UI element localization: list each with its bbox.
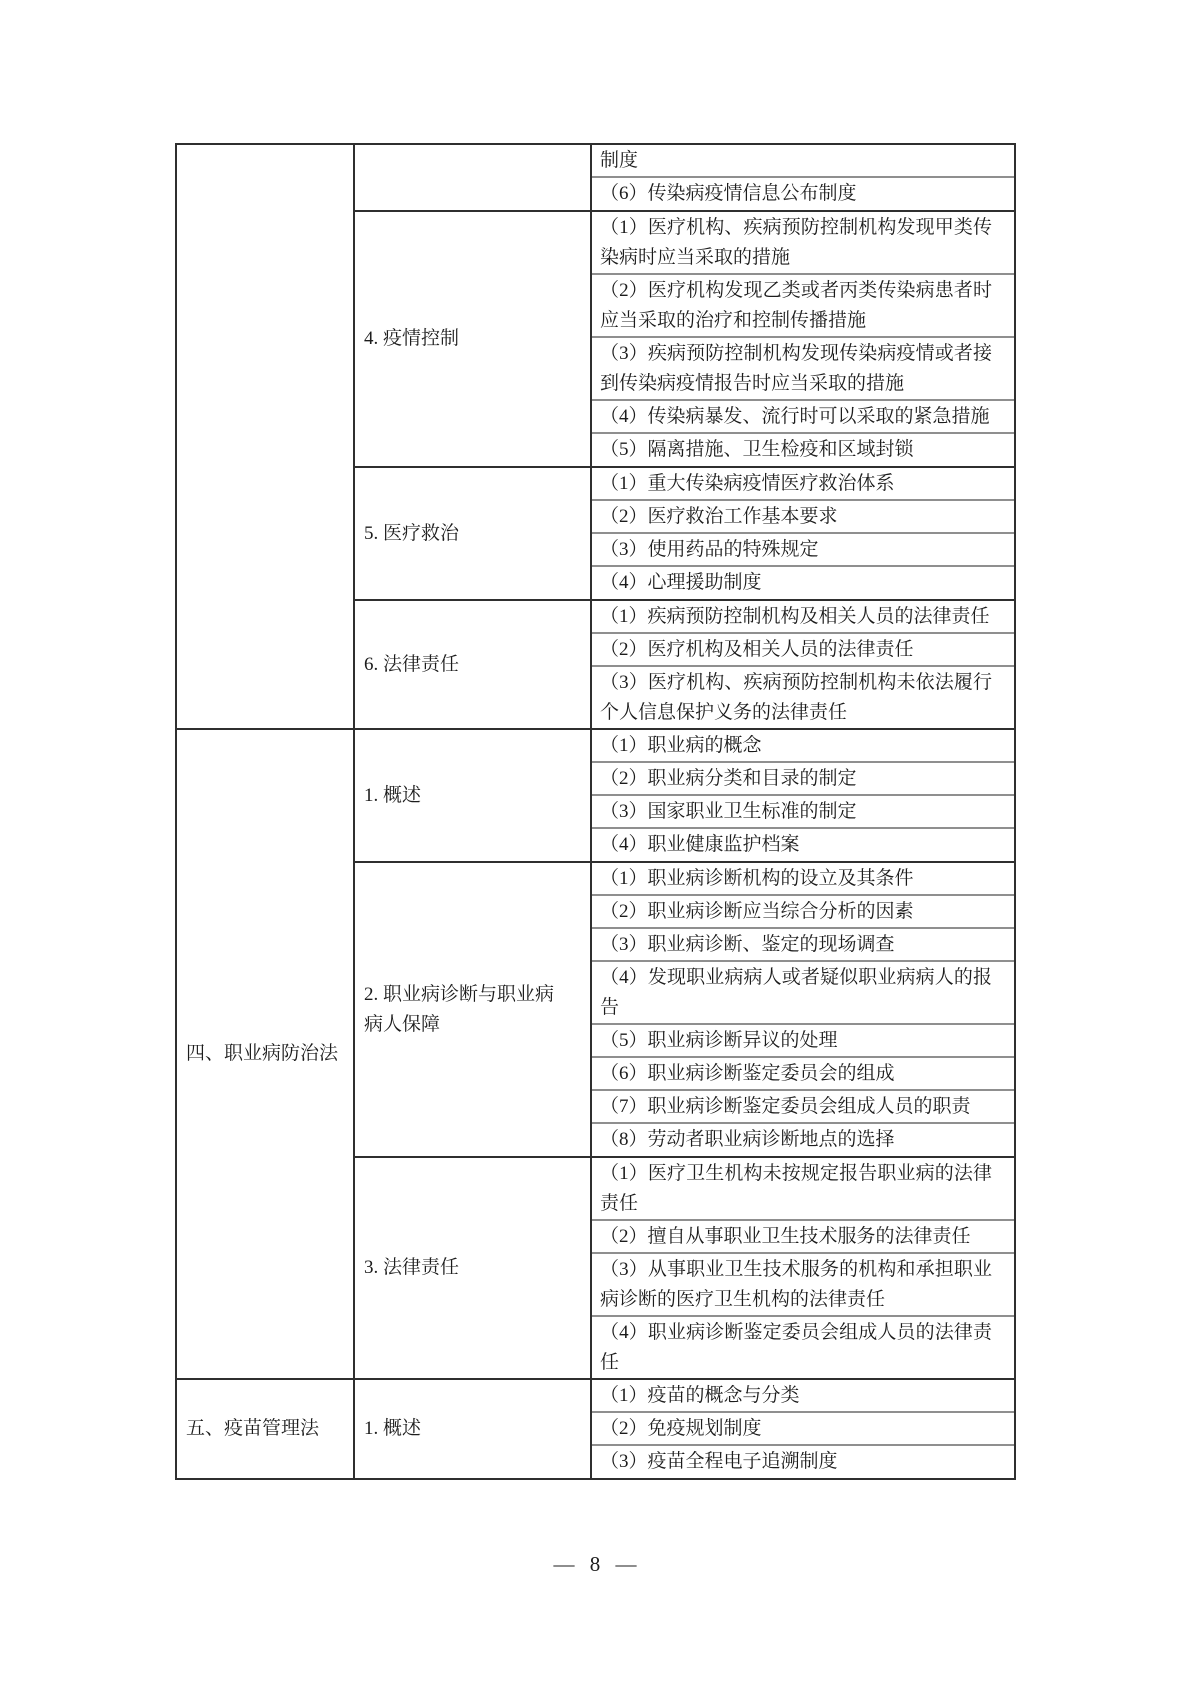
subsection-label: 5. 医疗救治: [364, 519, 459, 549]
subsection-label: 1. 概述: [364, 781, 421, 811]
detail-cell: （3）使用药品的特殊规定: [592, 534, 1014, 567]
detail-text: （4）职业病诊断鉴定委员会组成人员的法律责任: [600, 1322, 992, 1373]
detail-text: （4）职业健康监护档案: [600, 834, 800, 855]
detail-cell: （1）疫苗的概念与分类: [592, 1380, 1014, 1413]
detail-list: （1）医疗卫生机构未按规定报告职业病的法律责任（2）擅自从事职业卫生技术服务的法…: [592, 1158, 1014, 1378]
detail-cell: （3）职业病诊断、鉴定的现场调查: [592, 929, 1014, 962]
detail-list: （1）职业病的概念（2）职业病分类和目录的制定（3）国家职业卫生标准的制定（4）…: [592, 730, 1014, 861]
subsection-label: 6. 法律责任: [364, 650, 459, 680]
subsection-label: 3. 法律责任: [364, 1253, 459, 1283]
subsection-label-cell: 2. 职业病诊断与职业病病人保障: [355, 863, 592, 1156]
detail-cell: （2）职业病诊断应当综合分析的因素: [592, 896, 1014, 929]
detail-text: （3）从事职业卫生技术服务的机构和承担职业病诊断的医疗卫生机构的法律责任: [600, 1259, 992, 1310]
detail-cell: （3）疫苗全程电子追溯制度: [592, 1446, 1014, 1478]
subsection-label: 4. 疫情控制: [364, 324, 459, 354]
detail-cell: （4）职业健康监护档案: [592, 829, 1014, 861]
subsection-label-cell: [355, 145, 592, 210]
detail-cell: （1）疾病预防控制机构及相关人员的法律责任: [592, 601, 1014, 634]
detail-cell: （2）擅自从事职业卫生技术服务的法律责任: [592, 1221, 1014, 1254]
detail-cell: （2）免疫规划制度: [592, 1413, 1014, 1446]
detail-list: （1）疫苗的概念与分类（2）免疫规划制度（3）疫苗全程电子追溯制度: [592, 1380, 1014, 1478]
detail-cell: （2）医疗救治工作基本要求: [592, 501, 1014, 534]
detail-cell: （2）职业病分类和目录的制定: [592, 763, 1014, 796]
subsection-label: 2. 职业病诊断与职业病病人保障: [364, 980, 569, 1040]
subsection-label-cell: 6. 法律责任: [355, 601, 592, 728]
detail-text: （2）职业病诊断应当综合分析的因素: [600, 901, 914, 922]
subsection-label-cell: 1. 概述: [355, 1380, 592, 1478]
subsection-row: 1. 概述（1）疫苗的概念与分类（2）免疫规划制度（3）疫苗全程电子追溯制度: [355, 1380, 1014, 1478]
subsection-label-cell: 3. 法律责任: [355, 1158, 592, 1378]
detail-text: （5）隔离措施、卫生检疫和区域封锁: [600, 439, 914, 460]
subsection-label-cell: 4. 疫情控制: [355, 212, 592, 466]
detail-cell: （8）劳动者职业病诊断地点的选择: [592, 1124, 1014, 1156]
detail-text: （2）医疗机构发现乙类或者丙类传染病患者时应当采取的治疗和控制传播措施: [600, 280, 992, 331]
subsection-row: 2. 职业病诊断与职业病病人保障（1）职业病诊断机构的设立及其条件（2）职业病诊…: [355, 863, 1014, 1158]
section-title: 四、职业病防治法: [186, 1039, 338, 1069]
detail-cell: （5）隔离措施、卫生检疫和区域封锁: [592, 434, 1014, 466]
subsection-list: 1. 概述（1）职业病的概念（2）职业病分类和目录的制定（3）国家职业卫生标准的…: [355, 730, 1014, 1378]
detail-text: （4）发现职业病病人或者疑似职业病病人的报告: [600, 967, 992, 1018]
section-title: 五、疫苗管理法: [186, 1414, 319, 1444]
detail-text: （2）职业病分类和目录的制定: [600, 768, 857, 789]
section-row: 五、疫苗管理法1. 概述（1）疫苗的概念与分类（2）免疫规划制度（3）疫苗全程电…: [177, 1380, 1014, 1478]
detail-text: （3）使用药品的特殊规定: [600, 539, 819, 560]
detail-text: （1）医疗机构、疾病预防控制机构发现甲类传染病时应当采取的措施: [600, 217, 992, 268]
detail-cell: （1）医疗卫生机构未按规定报告职业病的法律责任: [592, 1158, 1014, 1221]
page: { "table": { "sections": [ { "title": ""…: [0, 0, 1190, 1683]
detail-text: （2）医疗机构及相关人员的法律责任: [600, 639, 914, 660]
detail-text: （2）医疗救治工作基本要求: [600, 506, 838, 527]
detail-text: 制度: [600, 150, 638, 171]
detail-cell: （2）医疗机构及相关人员的法律责任: [592, 634, 1014, 667]
section-row: 四、职业病防治法1. 概述（1）职业病的概念（2）职业病分类和目录的制定（3）国…: [177, 730, 1014, 1380]
detail-text: （1）职业病诊断机构的设立及其条件: [600, 868, 914, 889]
detail-text: （6）职业病诊断鉴定委员会的组成: [600, 1063, 895, 1084]
detail-text: （4）传染病暴发、流行时可以采取的紧急措施: [600, 406, 990, 427]
syllabus-table: 制度（6）传染病疫情信息公布制度4. 疫情控制（1）医疗机构、疾病预防控制机构发…: [175, 143, 1016, 1480]
subsection-row: 5. 医疗救治（1）重大传染病疫情医疗救治体系（2）医疗救治工作基本要求（3）使…: [355, 468, 1014, 601]
detail-cell: （2）医疗机构发现乙类或者丙类传染病患者时应当采取的治疗和控制传播措施: [592, 275, 1014, 338]
detail-text: （6）传染病疫情信息公布制度: [600, 183, 857, 204]
detail-cell: （7）职业病诊断鉴定委员会组成人员的职责: [592, 1091, 1014, 1124]
subsection-list: 1. 概述（1）疫苗的概念与分类（2）免疫规划制度（3）疫苗全程电子追溯制度: [355, 1380, 1014, 1478]
detail-cell: （1）医疗机构、疾病预防控制机构发现甲类传染病时应当采取的措施: [592, 212, 1014, 275]
detail-cell: （3）从事职业卫生技术服务的机构和承担职业病诊断的医疗卫生机构的法律责任: [592, 1254, 1014, 1317]
subsection-row: 1. 概述（1）职业病的概念（2）职业病分类和目录的制定（3）国家职业卫生标准的…: [355, 730, 1014, 863]
detail-cell: （6）职业病诊断鉴定委员会的组成: [592, 1058, 1014, 1091]
detail-list: （1）医疗机构、疾病预防控制机构发现甲类传染病时应当采取的措施（2）医疗机构发现…: [592, 212, 1014, 466]
detail-cell: （1）职业病的概念: [592, 730, 1014, 763]
subsection-row: 制度（6）传染病疫情信息公布制度: [355, 145, 1014, 212]
detail-text: （3）职业病诊断、鉴定的现场调查: [600, 934, 895, 955]
subsection-row: 6. 法律责任（1）疾病预防控制机构及相关人员的法律责任（2）医疗机构及相关人员…: [355, 601, 1014, 728]
detail-cell: （3）国家职业卫生标准的制定: [592, 796, 1014, 829]
detail-text: （1）重大传染病疫情医疗救治体系: [600, 473, 895, 494]
detail-cell: （4）职业病诊断鉴定委员会组成人员的法律责任: [592, 1317, 1014, 1378]
section-title-cell: 四、职业病防治法: [177, 730, 355, 1378]
subsection-row: 4. 疫情控制（1）医疗机构、疾病预防控制机构发现甲类传染病时应当采取的措施（2…: [355, 212, 1014, 468]
detail-text: （3）疾病预防控制机构发现传染病疫情或者接到传染病疫情报告时应当采取的措施: [600, 343, 992, 394]
detail-cell: （3）疾病预防控制机构发现传染病疫情或者接到传染病疫情报告时应当采取的措施: [592, 338, 1014, 401]
detail-list: 制度（6）传染病疫情信息公布制度: [592, 145, 1014, 210]
detail-list: （1）重大传染病疫情医疗救治体系（2）医疗救治工作基本要求（3）使用药品的特殊规…: [592, 468, 1014, 599]
detail-text: （1）医疗卫生机构未按规定报告职业病的法律责任: [600, 1163, 992, 1214]
page-number: — 8 —: [554, 1552, 637, 1576]
detail-cell: 制度: [592, 145, 1014, 178]
detail-cell: （4）传染病暴发、流行时可以采取的紧急措施: [592, 401, 1014, 434]
detail-text: （3）国家职业卫生标准的制定: [600, 801, 857, 822]
detail-cell: （4）心理援助制度: [592, 567, 1014, 599]
detail-text: （1）职业病的概念: [600, 735, 762, 756]
detail-text: （4）心理援助制度: [600, 572, 762, 593]
subsection-label-cell: 1. 概述: [355, 730, 592, 861]
section-row: 制度（6）传染病疫情信息公布制度4. 疫情控制（1）医疗机构、疾病预防控制机构发…: [177, 145, 1014, 730]
subsection-row: 3. 法律责任（1）医疗卫生机构未按规定报告职业病的法律责任（2）擅自从事职业卫…: [355, 1158, 1014, 1378]
detail-cell: （1）职业病诊断机构的设立及其条件: [592, 863, 1014, 896]
detail-cell: （1）重大传染病疫情医疗救治体系: [592, 468, 1014, 501]
detail-list: （1）疾病预防控制机构及相关人员的法律责任（2）医疗机构及相关人员的法律责任（3…: [592, 601, 1014, 728]
detail-cell: （3）医疗机构、疾病预防控制机构未依法履行个人信息保护义务的法律责任: [592, 667, 1014, 728]
section-title-cell: [177, 145, 355, 728]
subsection-label-cell: 5. 医疗救治: [355, 468, 592, 599]
detail-cell: （6）传染病疫情信息公布制度: [592, 178, 1014, 210]
detail-list: （1）职业病诊断机构的设立及其条件（2）职业病诊断应当综合分析的因素（3）职业病…: [592, 863, 1014, 1156]
detail-text: （3）疫苗全程电子追溯制度: [600, 1451, 838, 1472]
detail-text: （3）医疗机构、疾病预防控制机构未依法履行个人信息保护义务的法律责任: [600, 672, 992, 723]
detail-text: （1）疾病预防控制机构及相关人员的法律责任: [600, 606, 990, 627]
detail-cell: （5）职业病诊断异议的处理: [592, 1025, 1014, 1058]
detail-text: （1）疫苗的概念与分类: [600, 1385, 800, 1406]
detail-text: （2）免疫规划制度: [600, 1418, 762, 1439]
detail-text: （8）劳动者职业病诊断地点的选择: [600, 1129, 895, 1150]
detail-cell: （4）发现职业病病人或者疑似职业病病人的报告: [592, 962, 1014, 1025]
detail-text: （5）职业病诊断异议的处理: [600, 1030, 838, 1051]
page-footer: — 8 —: [0, 1552, 1190, 1577]
subsection-label: 1. 概述: [364, 1414, 421, 1444]
detail-text: （7）职业病诊断鉴定委员会组成人员的职责: [600, 1096, 971, 1117]
section-title-cell: 五、疫苗管理法: [177, 1380, 355, 1478]
subsection-list: 制度（6）传染病疫情信息公布制度4. 疫情控制（1）医疗机构、疾病预防控制机构发…: [355, 145, 1014, 728]
detail-text: （2）擅自从事职业卫生技术服务的法律责任: [600, 1226, 971, 1247]
